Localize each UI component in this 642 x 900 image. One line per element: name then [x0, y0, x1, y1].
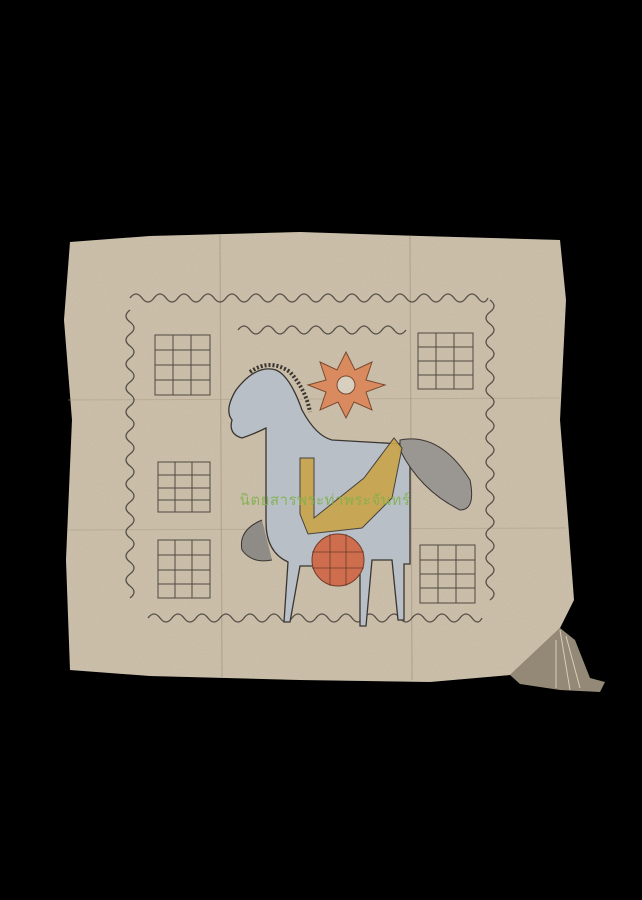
watermark: นิตยสารพระท่าพระจันทร์ [205, 488, 445, 512]
photo-stage: นิตยสารพระท่าพระจันทร์ [0, 0, 642, 900]
red-circle-yantra [312, 534, 364, 586]
yantra-cloth-illustration [0, 0, 642, 900]
